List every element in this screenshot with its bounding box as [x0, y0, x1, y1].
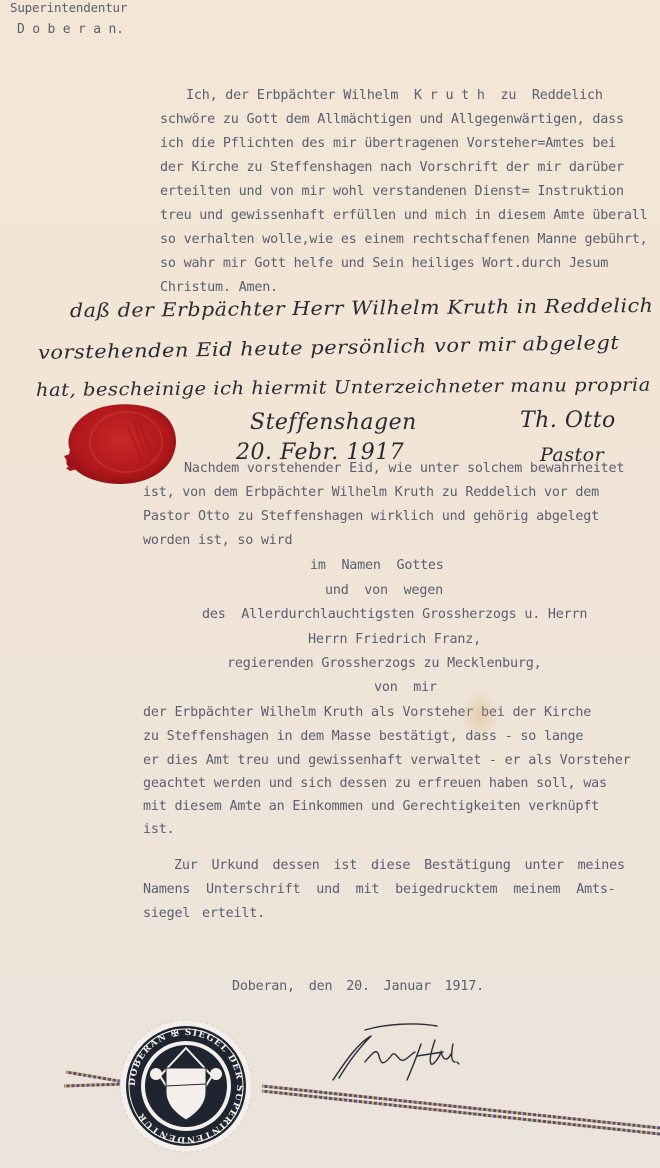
- centered-line: Herrn Friedrich Franz,: [308, 633, 481, 646]
- oath-line: Christum. Amen.: [160, 281, 278, 294]
- oath-line: treu und gewissenhaft erfüllen und mich …: [160, 209, 647, 222]
- confirmation-body-line: er dies Amt treu und gewissenhaft verwal…: [143, 754, 630, 767]
- handwritten-place: Steffenshagen: [250, 410, 417, 435]
- handwritten-line: vorstehenden Eid heute persönlich vor mi…: [38, 332, 620, 364]
- oath-line: so wahr mir Gott helfe und Sein heiliges…: [160, 257, 608, 270]
- official-seal-icon: DOBERAN ✠ SIEGEL DER SUPERINTENDENTUR: [118, 1018, 254, 1154]
- centered-line: und von wegen: [325, 584, 443, 597]
- confirmation-line: Nachdem vorstehender Eid, wie unter solc…: [184, 462, 624, 475]
- signature-text: Kleefoth: [325, 1022, 330, 1023]
- confirmation-line: worden ist, so wird: [143, 534, 292, 547]
- certification-line: siegel erteilt.: [143, 907, 265, 920]
- place-header: D o b e r a n.: [17, 23, 124, 36]
- paper-stain: [460, 690, 500, 740]
- wax-seal-icon: [62, 398, 182, 486]
- handwritten-line: daß der Erbpächter Herr Wilhelm Kruth in…: [70, 295, 654, 322]
- oath-line: Ich, der Erbpächter Wilhelm K r u t h zu…: [186, 89, 603, 102]
- centered-line: im Namen Gottes: [310, 559, 444, 572]
- centered-line: des Allerdurchlauchtigsten Grossherzogs …: [202, 608, 587, 621]
- confirmation-body-line: mit diesem Amte an Einkommen und Gerecht…: [143, 800, 599, 813]
- confirmation-body-line: geachtet werden und sich dessen zu erfre…: [143, 777, 607, 790]
- oath-line: erteilten und von mir wohl verstandenen …: [160, 185, 624, 198]
- oath-line: ich die Pflichten des mir übertragenen V…: [160, 137, 616, 150]
- certification-line: Zur Urkund dessen ist diese Bestätigung …: [174, 859, 625, 872]
- centered-line: regierenden Grossherzogs zu Mecklenburg,: [227, 657, 541, 670]
- oath-line: so verhalten wolle,wie es einem rechtsch…: [160, 233, 647, 246]
- confirmation-body-line: der Erbpächter Wilhelm Kruth als Vorsteh…: [143, 706, 591, 719]
- handwritten-signature-otto: Th. Otto: [520, 408, 616, 433]
- superintendent-signature: Kleefoth: [325, 1022, 485, 1092]
- office-header: Superintendentur: [10, 2, 127, 15]
- certification-line: Namens Unterschrift und mit beigedruckte…: [143, 883, 616, 896]
- confirmation-body-line: ist.: [143, 823, 174, 836]
- oath-line: schwöre zu Gott dem Allmächtigen und All…: [160, 113, 624, 126]
- oath-line: der Kirche zu Steffenshagen nach Vorschr…: [160, 161, 624, 174]
- confirmation-body-line: zu Steffenshagen in dem Masse bestätigt,…: [143, 730, 583, 743]
- place-date: Doberan, den 20. Januar 1917.: [232, 980, 484, 993]
- confirmation-line: ist, von dem Erbpächter Wilhelm Kruth zu…: [143, 486, 599, 499]
- centered-line: von mir: [374, 681, 437, 694]
- confirmation-line: Pastor Otto zu Steffenshagen wirklich un…: [143, 510, 599, 523]
